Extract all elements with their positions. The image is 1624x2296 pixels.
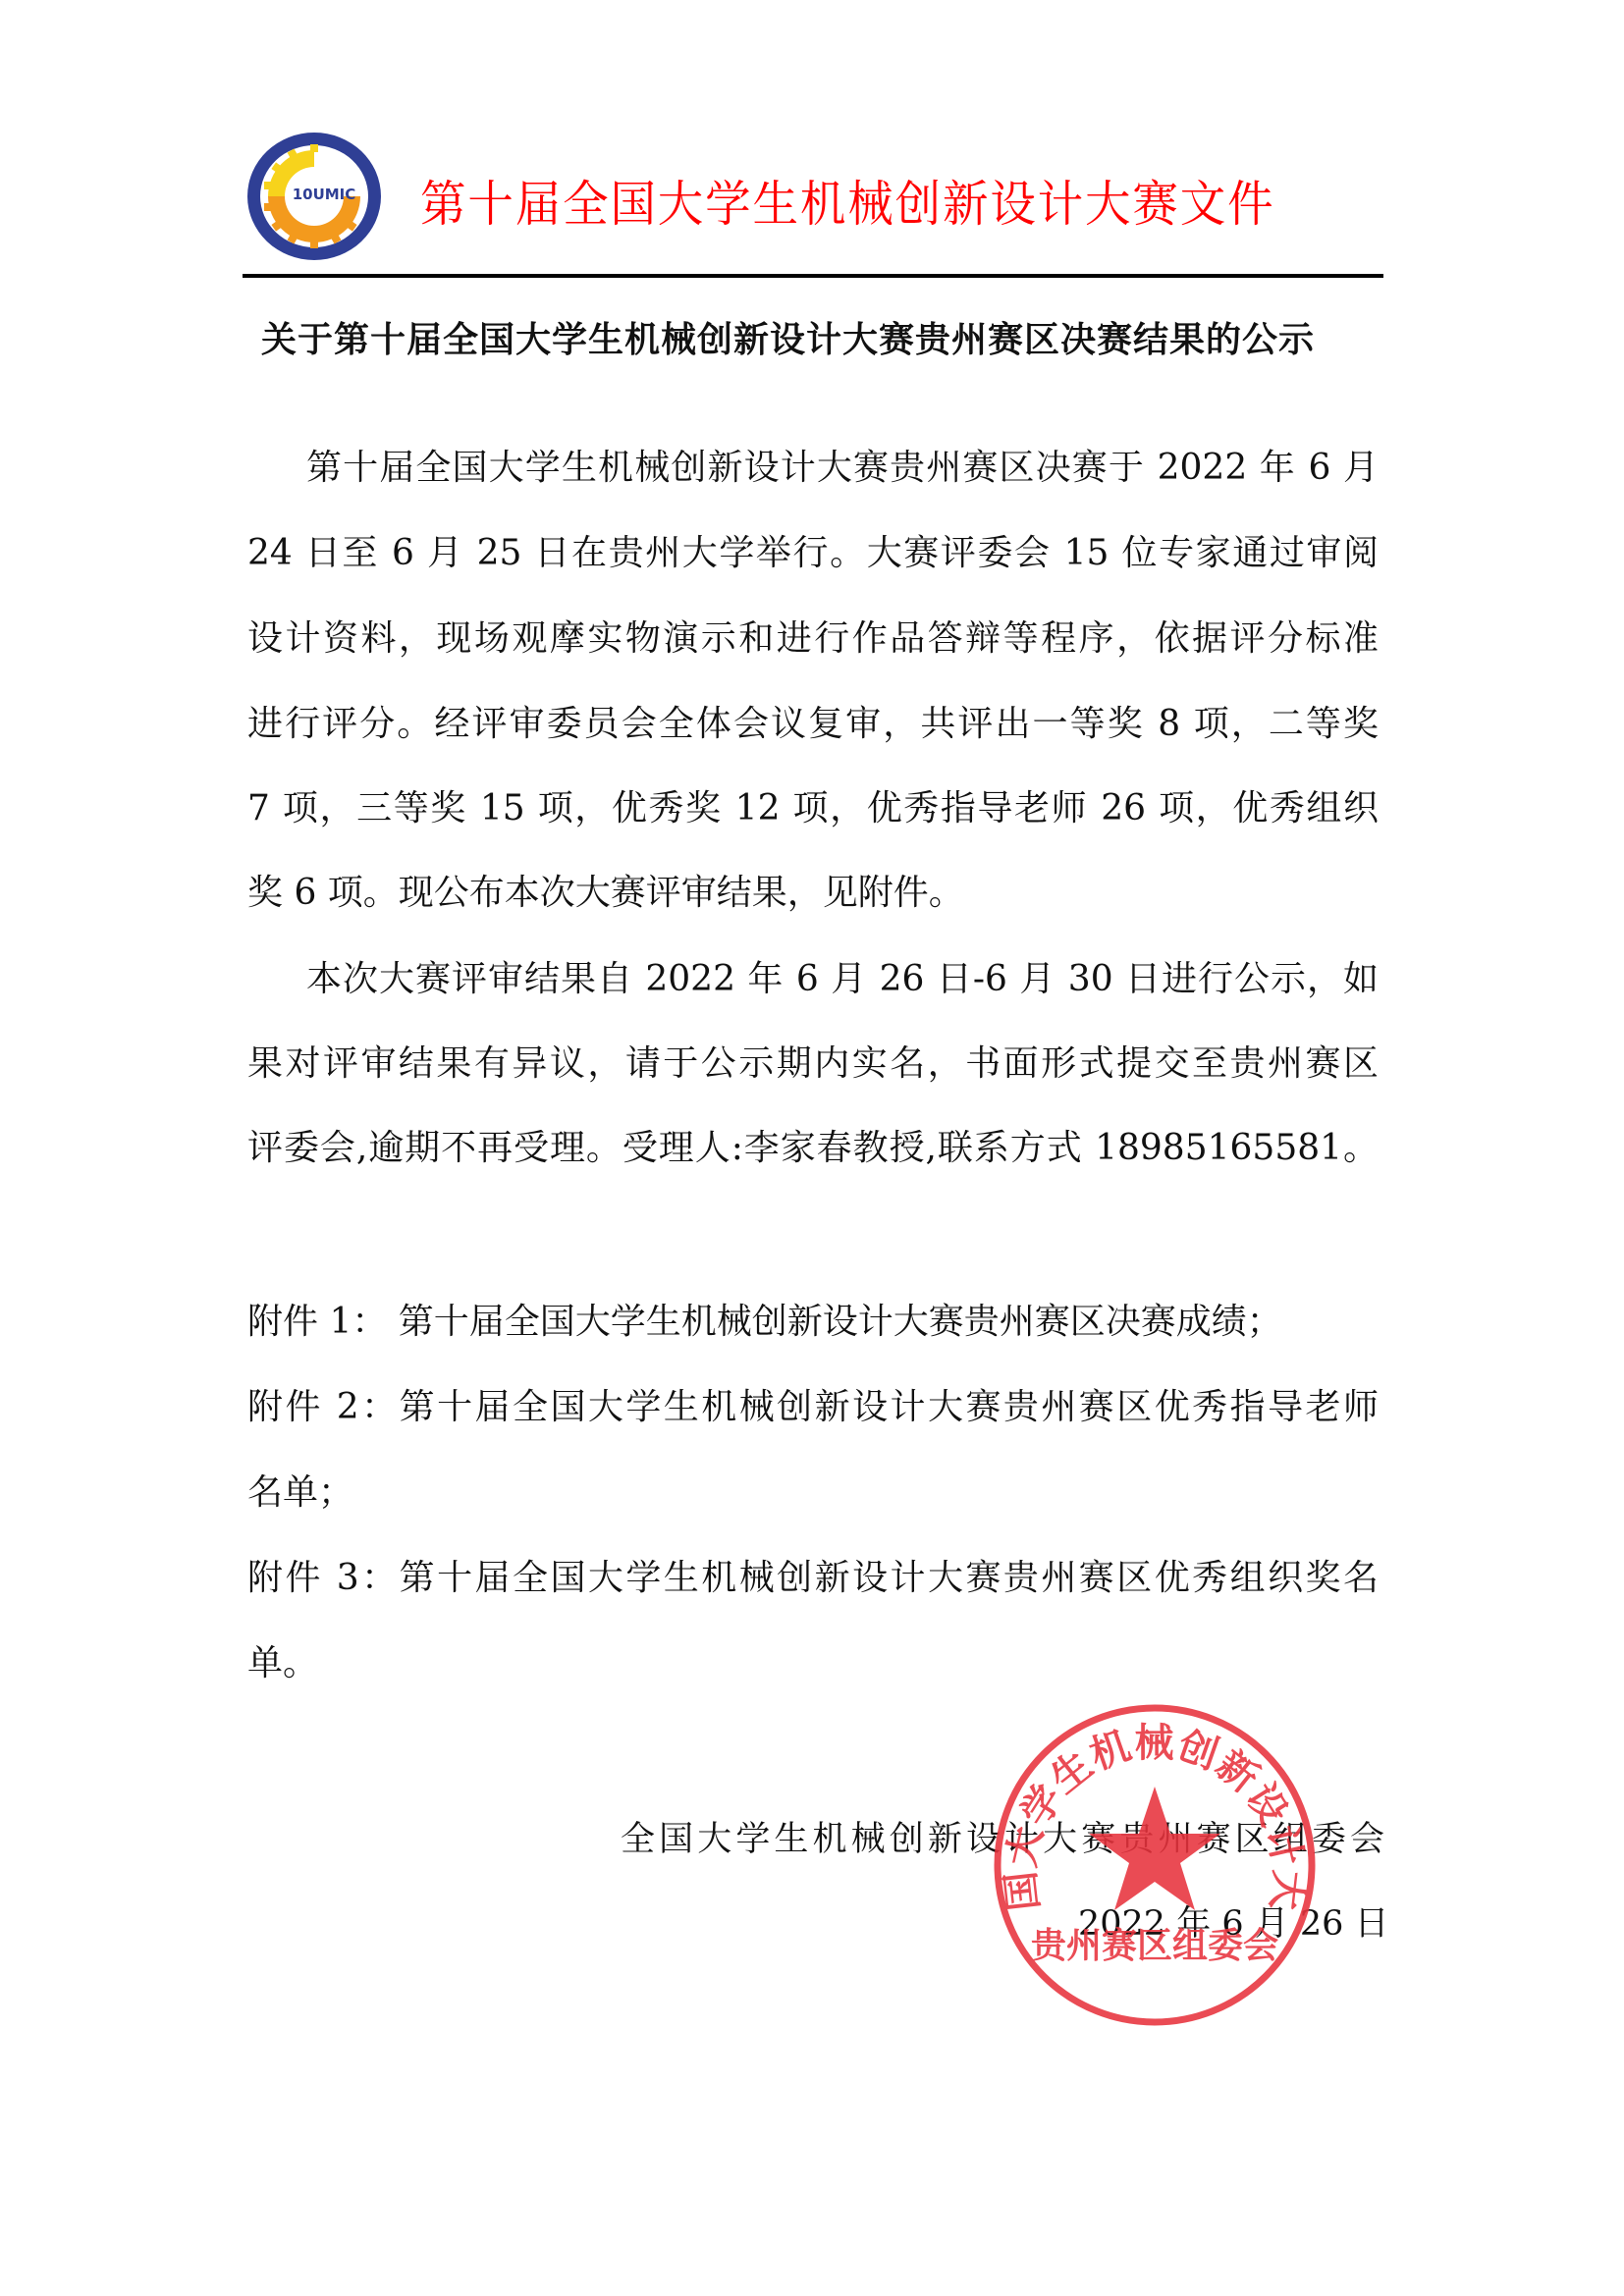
document-header-title: 第十届全国大学生机械创新设计大赛文件 xyxy=(420,165,1274,236)
text-line: 奖 6 项。现公布本次大赛评审结果，见附件。 xyxy=(247,872,1379,915)
text-line: 进行评分。经评审委员会全体会议复审，共评出一等奖 8 项，二等奖 xyxy=(247,703,1379,746)
text-line: 评委会,逾期不再受理。受理人:李家春教授,联系方式 18985165581。 xyxy=(247,1127,1379,1170)
attachment-3-cont: 单。 xyxy=(247,1642,1379,1685)
text-line: 第十届全国大学生机械创新设计大赛贵州赛区决赛于 2022 年 6 月 xyxy=(306,447,1379,490)
competition-logo: 10UMIC xyxy=(245,131,383,262)
notice-title: 关于第十届全国大学生机械创新设计大赛贵州赛区决赛结果的公示 xyxy=(261,312,1315,362)
text-line: 果对评审结果有异议，请于公示期内实名，书面形式提交至贵州赛区 xyxy=(247,1042,1379,1086)
official-seal-stamp: 全国大学生机械创新设计大赛 贵州赛区组委会 xyxy=(990,1700,1320,2030)
stamp-bottom-text: 贵州赛区组委会 xyxy=(1031,1926,1278,1966)
text-line: 24 日至 6 月 25 日在贵州大学举行。大赛评委会 15 位专家通过审阅 xyxy=(247,532,1379,575)
text-line: 本次大赛评审结果自 2022 年 6 月 26 日-6 月 30 日进行公示，如 xyxy=(306,958,1379,1001)
text-line: 设计资料，现场观摩实物演示和进行作品答辩等程序，依据评分标准 xyxy=(247,617,1379,661)
attachment-3: 附件 3：第十届全国大学生机械创新设计大赛贵州赛区优秀组织奖名 xyxy=(247,1557,1379,1600)
logo-text: 10UMIC xyxy=(293,186,356,203)
header-divider xyxy=(243,274,1383,278)
attachment-2-cont: 名单； xyxy=(247,1471,1379,1515)
attachment-2: 附件 2：第十届全国大学生机械创新设计大赛贵州赛区优秀指导老师 xyxy=(247,1386,1379,1429)
attachment-1: 附件 1： 第十届全国大学生机械创新设计大赛贵州赛区决赛成绩； xyxy=(247,1301,1379,1344)
text-line: 7 项，三等奖 15 项，优秀奖 12 项，优秀指导老师 26 项，优秀组织 xyxy=(247,787,1379,830)
stamp-star-icon xyxy=(1089,1787,1220,1910)
